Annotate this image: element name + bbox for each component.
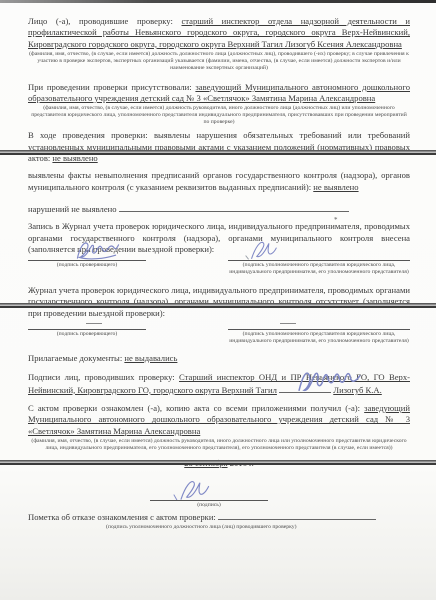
document-content: Лицо (-а), проводившие проверку: старший…	[28, 16, 410, 531]
findings-paragraph: В ходе проведения проверки: выявлены нар…	[28, 130, 410, 164]
final-signature-caption: (подпись)	[150, 502, 268, 509]
signature-line	[28, 329, 146, 330]
attachments-label: Прилагаемые документы:	[28, 353, 122, 363]
signature-line	[228, 260, 410, 261]
final-signature-block: (подпись)	[150, 478, 268, 509]
refusal-note: (подпись уполномоченного должностного ли…	[106, 524, 410, 531]
no-violations-paragraph: нарушений не выявлено	[28, 203, 410, 215]
no-violations-text: нарушений не выявлено	[28, 204, 117, 214]
scan-artifact-line-3	[0, 460, 436, 465]
representative-signature-caption: (подпись уполномоченного представителя ю…	[228, 262, 410, 276]
refusal-label: Пометка об отказе ознакомления с актом п…	[28, 512, 216, 522]
inspector-signature-block-empty: (подпись проверяющего)	[28, 323, 146, 345]
blank-line	[119, 203, 349, 212]
inspector-label: Лицо (-а), проводившие проверку:	[28, 16, 173, 26]
representative-signature-block: (подпись уполномоченного представителя ю…	[228, 239, 410, 276]
inspector-note: (фамилия, имя, отчество, (в случае, если…	[28, 51, 410, 72]
representative-signature-block-empty: (подпись уполномоченного представителя ю…	[228, 323, 410, 345]
inspector-signature-caption: (подпись проверяющего)	[28, 331, 146, 338]
representative-signature-caption: (подпись уполномоченного представителя ю…	[228, 331, 410, 345]
stray-mark: *	[334, 216, 338, 224]
prescriptions-paragraph: выявлены факты невыполнения предписаний …	[28, 170, 410, 193]
acquainted-label: С актом проверки ознакомлен (-а), копию …	[28, 403, 360, 413]
attachments-value: не выдавались	[124, 353, 177, 363]
scan-artifact-line-2	[0, 303, 436, 308]
pen-dash-mark	[86, 323, 102, 324]
attendees-paragraph: При проведении проверки присутствовали: …	[28, 82, 410, 105]
inspector-signature-caption: (подпись проверяющего)	[28, 262, 146, 269]
attachments-paragraph: Прилагаемые документы: не выдавались	[28, 353, 410, 364]
representative-signature-ink	[236, 239, 288, 261]
acquainted-note: (фамилия, имя, отчество, (в случае, если…	[28, 438, 410, 452]
scan-artifact-line-1	[0, 150, 436, 155]
acquainted-paragraph: С актом проверки ознакомлен (-а), копию …	[28, 403, 410, 437]
inspector-signature-ink	[66, 239, 130, 261]
attendees-note: (фамилия, имя, отчество, (в случае, если…	[28, 105, 410, 126]
signers-label: Подписи лиц, проводивших проверку:	[28, 372, 175, 382]
inspector-paragraph: Лицо (-а), проводившие проверку: старший…	[28, 16, 410, 50]
signature-line	[228, 329, 410, 330]
signers-signature-ink	[296, 364, 368, 398]
refusal-paragraph: Пометка об отказе ознакомления с актом п…	[28, 511, 410, 523]
attendees-label: При проведении проверки присутствовали:	[28, 82, 192, 92]
signers-paragraph: Подписи лиц, проводивших проверку: Старш…	[28, 372, 410, 396]
blank-line	[218, 511, 376, 520]
document-page: * Лицо (-а), проводившие проверку: старш…	[0, 0, 436, 600]
journal-entry-signature-row: (подпись проверяющего) (подпись уполномо…	[28, 239, 410, 276]
final-signature-ink	[164, 478, 220, 502]
inspector-signature-block: (подпись проверяющего)	[28, 239, 146, 276]
prescriptions-value: не выявлено	[313, 182, 358, 192]
signature-line	[150, 500, 268, 501]
scan-artifact-line-top	[0, 0, 436, 3]
signature-line	[28, 260, 146, 261]
journal-absent-signature-row: (подпись проверяющего) (подпись уполномо…	[28, 323, 410, 345]
pen-dash-mark	[280, 323, 296, 324]
